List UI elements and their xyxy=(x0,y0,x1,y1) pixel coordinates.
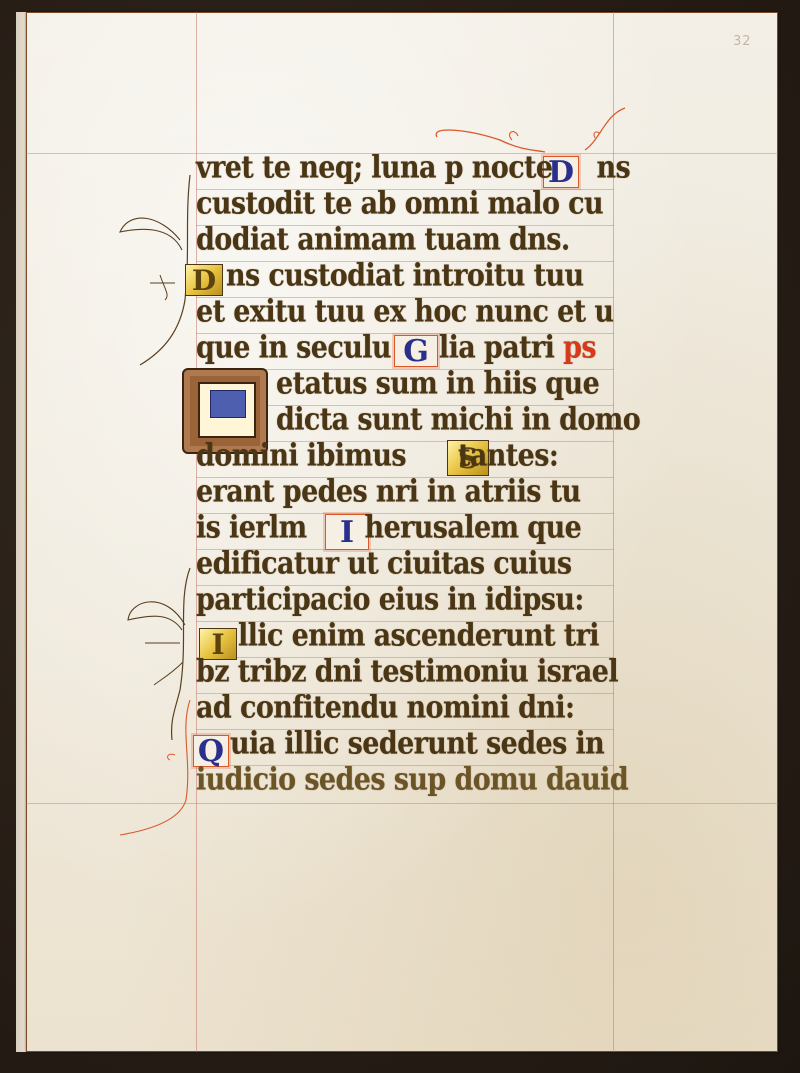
folio-number: 32 xyxy=(733,34,752,49)
ruling-bottom xyxy=(26,803,778,804)
rubric-ps: ps xyxy=(563,330,596,366)
text-line-18: iudicio sedes sup domu dauid xyxy=(196,760,628,801)
initial-l-blue-panel xyxy=(210,390,246,418)
